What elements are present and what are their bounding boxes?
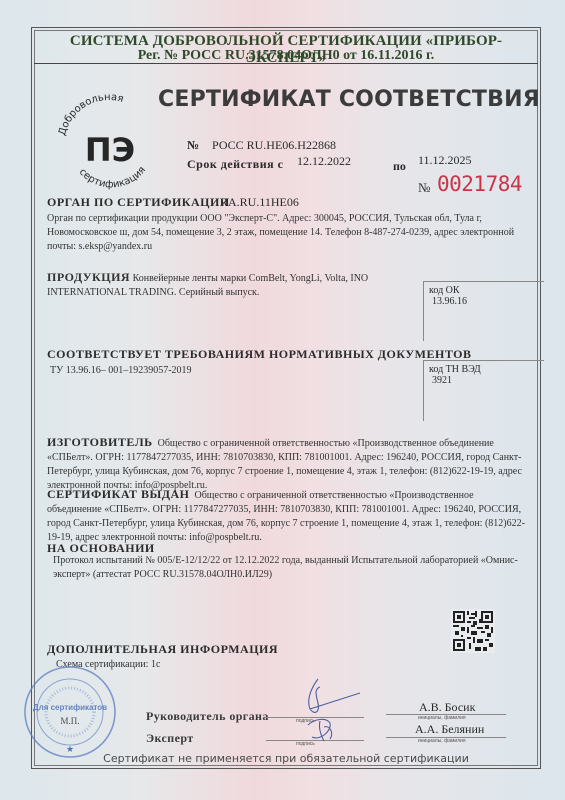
stamp-mp: М.П. (60, 716, 79, 726)
head-of-body-label: Руководитель органа (146, 709, 269, 724)
certificate-number: РОСС RU.НЕ06.Н22868 (212, 138, 336, 153)
valid-from-date: 12.12.2022 (297, 154, 351, 169)
handwritten-signatures (290, 675, 390, 747)
expert-label: Эксперт (146, 731, 194, 746)
code-ok-value: 13.96.16 (429, 296, 539, 307)
code-tn-label: код ТН ВЭД (429, 364, 539, 375)
conformity-title: СООТВЕТСТВУЕТ ТРЕБОВАНИЯМ НОРМАТИВНЫХ ДО… (47, 347, 472, 362)
logo-mark: ПЭ (85, 131, 135, 169)
additional-info-title: ДОПОЛНИТЕЛЬНАЯ ИНФОРМАЦИЯ (47, 642, 278, 657)
validity-label: Срок действия с (187, 157, 284, 172)
valid-to-label: по (393, 159, 406, 174)
head-name-hint: инициалы, фамилия (418, 715, 466, 721)
basis-details: Протокол испытаний № 005/Е-12/12/22 от 1… (53, 554, 523, 582)
code-ok-box: код ОК 13.96.16 (423, 281, 544, 341)
issued-to-title: СЕРТИФИКАТ ВЫДАН (47, 487, 189, 501)
issued-to-section: СЕРТИФИКАТ ВЫДАН Общество с ограниченной… (47, 487, 527, 545)
stamp-text: Для сертификатов (33, 703, 107, 712)
code-tn-box: код ТН ВЭД 3921 (423, 360, 544, 421)
qr-code[interactable] (451, 609, 495, 653)
serial-number: 0021784 (437, 172, 522, 196)
product-title: ПРОДУКЦИЯ (47, 270, 130, 284)
code-ok-label: код ОК (429, 285, 539, 296)
product-section: ПРОДУКЦИЯ Конвейерные ленты марки ComBel… (47, 270, 397, 300)
certification-body-code: RA.RU.11НЕ06 (220, 195, 299, 210)
pe-logo: Добровольная ПЭ сертификация (52, 94, 167, 194)
header-divider (34, 63, 538, 64)
head-of-body-name: А.В. Босик (419, 700, 475, 715)
footer-note: Сертификат не применяется при обязательн… (34, 752, 538, 765)
certification-body-title: ОРГАН ПО СЕРТИФИКАЦИИ (47, 195, 230, 210)
manufacturer-title: ИЗГОТОВИТЕЛЬ (47, 435, 153, 449)
certificate-number-label: № (187, 138, 199, 153)
document-title: СЕРТИФИКАТ СООТВЕТСТВИЯ (158, 87, 540, 112)
serial-number-label: № (418, 180, 430, 196)
valid-to-date: 11.12.2025 (418, 153, 472, 168)
manufacturer-section: ИЗГОТОВИТЕЛЬ Общество с ограниченной отв… (47, 435, 527, 493)
official-stamp: Для сертификатов М.П. ★ (22, 664, 118, 760)
certification-body-details: Орган по сертификации продукции ООО "Экс… (47, 212, 527, 254)
code-tn-value: 3921 (429, 375, 539, 386)
conformity-document: ТУ 13.96.16– 001–19239057-2019 (50, 364, 192, 378)
expert-name-hint: инициалы, фамилия (418, 738, 466, 744)
system-registration: Рег. № РОСС RU.31578.04ОЛН0 от 16.11.201… (34, 48, 538, 64)
expert-name: А.А. Белянин (415, 722, 484, 737)
